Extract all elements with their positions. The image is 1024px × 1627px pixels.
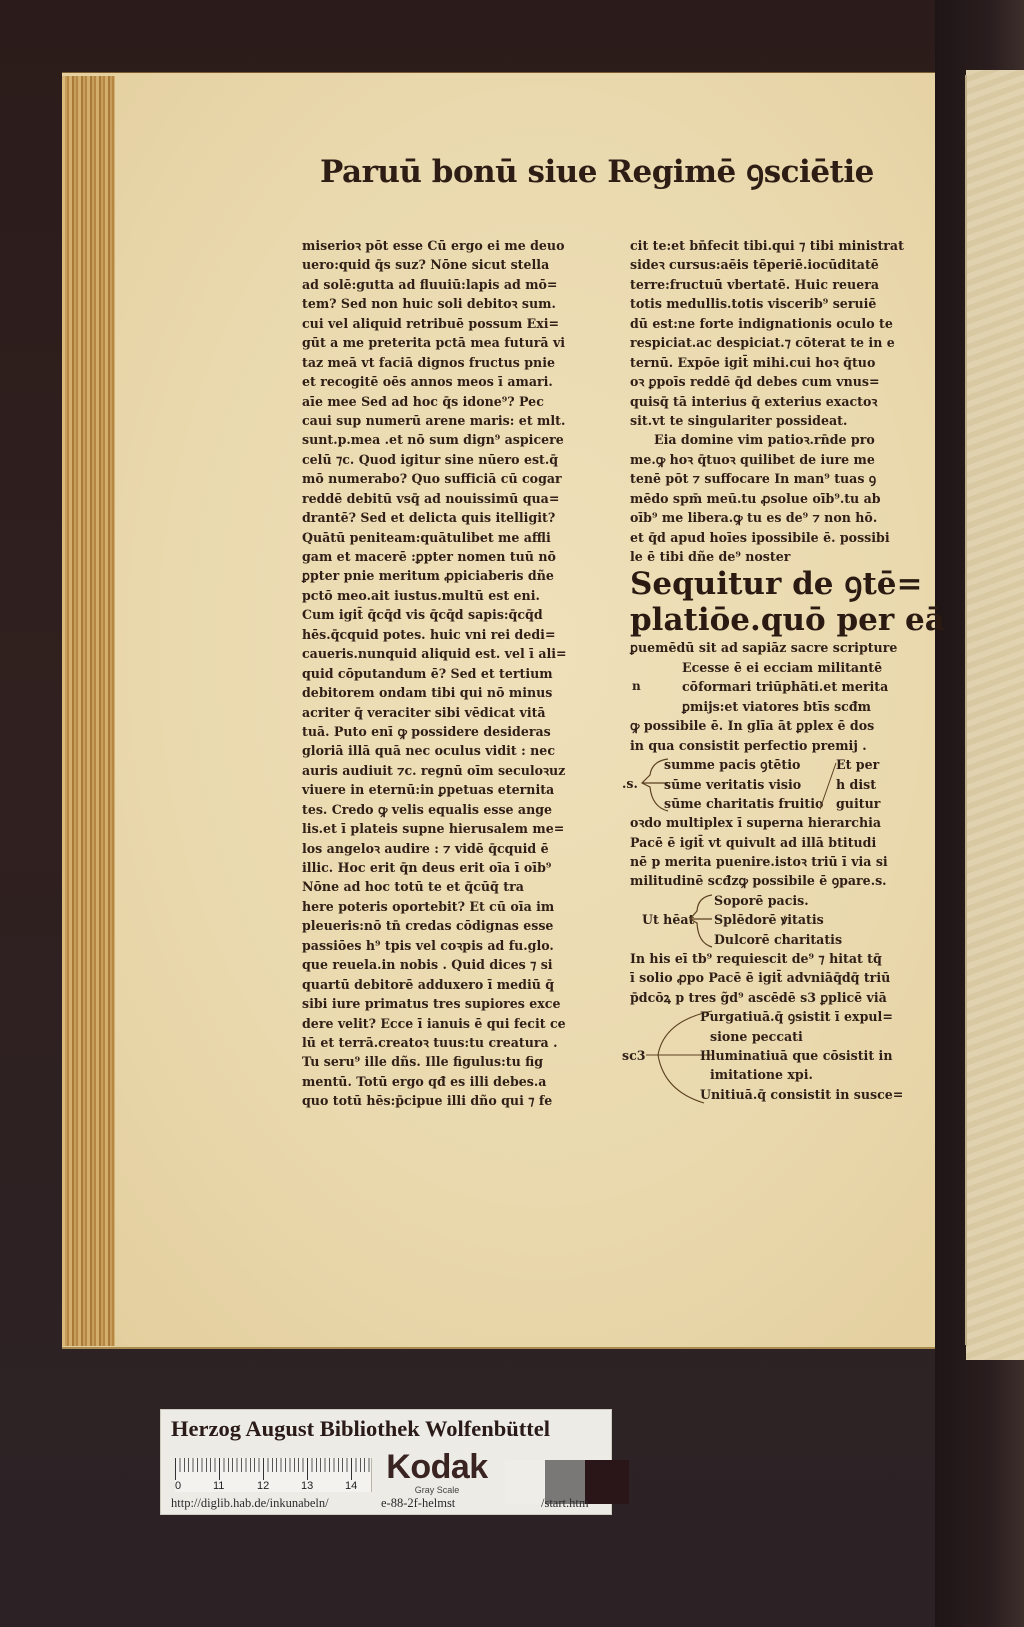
- text-line: mō numerabo? Quo sufficiā cū cogar: [302, 469, 572, 488]
- text-line: ꝙ possibile ē. In glīa āt ꝑplex ē dos: [630, 716, 900, 735]
- text-line: ꝑmijs:et viatores btīs scđm: [630, 697, 900, 716]
- text-line: respiciat.ac despiciat.⁊ cōterat te in e: [630, 333, 900, 352]
- ruler-number: 0: [175, 1480, 181, 1492]
- side-text-line: guitur: [836, 794, 880, 813]
- text-line: miserioꝛ pōt esse Cū ergo ei me deuo: [302, 236, 572, 255]
- text-line: oīb⁹ me libera.ꝙ tu es de⁹ ⁊ non hō.: [630, 508, 900, 527]
- brace-item: imitatione xpi.: [700, 1065, 903, 1084]
- text-line: In his eī tb⁹ requiescit de⁹ ⁊ hitat tq̄: [630, 949, 900, 968]
- text-line: lis.et ī plateis supne hierusalem me=: [302, 819, 572, 838]
- text-line: oꝛdo multiplex ī superna hierarchia: [630, 813, 900, 832]
- text-line: tem? Sed non huic soli debitoꝛ sum.: [302, 294, 572, 313]
- text-line: passiōes h⁹ tpis vel coꝛpis ad fu.glo.: [302, 936, 572, 955]
- url-base: http://diglib.hab.de/inkunabeln/: [171, 1496, 329, 1511]
- text-line: caueris.nunquid aliquid est. vel ī ali=: [302, 644, 572, 663]
- text-line: sit.vt te singulariter possideat.: [630, 411, 900, 430]
- gray-swatch-white: [505, 1460, 545, 1504]
- text-line: gam et macerē :ꝑpter nomen tuū nō: [302, 547, 572, 566]
- text-line: mēdo spm̄ meū.tu ꝓsolue oīb⁹.tu ab: [630, 489, 900, 508]
- brace-lead: Ut hēat: [642, 910, 694, 929]
- text-line: n cōformari triūphāti.et merita: [630, 677, 900, 696]
- text-line: dū est:ne forte indignationis oculo te: [630, 314, 900, 333]
- text-line: quartū debitorē adduxero ī mediū q̄: [302, 975, 572, 994]
- text-line: Quātū peniteam:quātulibet me affli: [302, 528, 572, 547]
- text-line: cui vel aliquid retribuē possum Exi=: [302, 314, 572, 333]
- text-line: sibi iure primatus tres supiores exce: [302, 994, 572, 1013]
- text-line: celū ⁊c. Quod igitur sine nūero est.q̄: [302, 450, 572, 469]
- text-line: in qua consistit perfectio premij .: [630, 736, 900, 755]
- brace-lead: sc3: [622, 1046, 646, 1065]
- text-line: dere velit? Ecce ī ianuis ē qui fecit ce: [302, 1014, 572, 1033]
- text-line: ꝑuemēdū sit ad sapiāz sacre scripture: [630, 638, 900, 657]
- brace-lead: .s.: [622, 774, 638, 793]
- brace-item: Dulcorē charitatis: [714, 930, 842, 949]
- text-line: tenē pōt ⁊ suffocare In man⁹ tuas ꝯ: [630, 469, 900, 488]
- text-line: quisq̄ tā interius q̄ exterius exactoꝛ: [630, 392, 900, 411]
- text-line: et q̄d apud hoīes ipossibile ē. possibi: [630, 528, 900, 547]
- text-line: los angeloꝛ audire : ⁊ vidē q̄cquid ē: [302, 839, 572, 858]
- text-line: le ē tibi dñe de⁹ noster: [630, 547, 900, 566]
- brace-diagram-1: .s. summe pacis ꝯtētio sūme veritatis vi…: [630, 755, 900, 813]
- text-line: p̄dcōꝝ p tres g̃d⁹ ascēdē s3 ꝑplicē viā: [630, 988, 900, 1007]
- ruler-number: 14: [345, 1480, 357, 1492]
- text-line: viuere in eternū:in ꝑpetuas eternita: [302, 780, 572, 799]
- text-line: sunt.p.mea .et nō sum dign⁹ aspicere: [302, 430, 572, 449]
- text-line: Ecesse ē ei ecciam militantē: [630, 658, 900, 677]
- text-line: Tu seru⁹ ille dñs. Ille figulus:tu fig: [302, 1052, 572, 1071]
- brace-item: summe pacis ꝯtētio: [664, 755, 823, 774]
- ruler-ticks: [175, 1458, 371, 1472]
- text-line: quid cōputandum ē? Sed et tertium: [302, 664, 572, 683]
- brace-items: Purgatiuā.q̄ ꝯsistit ī expul= sione pecc…: [700, 1007, 903, 1104]
- brace-items: summe pacis ꝯtētio sūme veritatis visio …: [664, 755, 823, 813]
- text-line: acriter q̄ veraciter sibi vēdicat vitā: [302, 703, 572, 722]
- brace-item: Splēdorē ꝟitatis: [714, 910, 842, 929]
- text-line: sideꝛ cursus:aēis tēperiē.iocūditatē: [630, 255, 900, 274]
- text-line: totis medullis.totis viscerib⁹ seruiē: [630, 294, 900, 313]
- ruler-number: 11: [213, 1480, 224, 1492]
- text-line: debitorem ondam tibi qui nō minus: [302, 683, 572, 702]
- text-line: reddē debitū vsq̄ ad nouissimū qua=: [302, 489, 572, 508]
- text-line: Nōne ad hoc totū te et q̄cūq̄ tra: [302, 877, 572, 896]
- text-line: ī solio ꝓpo Pacē ē igit̄ advniāq̄dq̄ tri…: [630, 968, 900, 987]
- section-heading-line-2: platiōe.quō per eā: [630, 602, 900, 638]
- text-line: ad solē:gutta ad fluuiū:lapis ad mō=: [302, 275, 572, 294]
- brace-item: Purgatiuā.q̄ ꝯsistit ī expul=: [700, 1007, 903, 1026]
- right-column-top-text: cit te:et bn̄fecit tibi.qui ⁊ tibi minis…: [630, 236, 900, 566]
- text-line: nē p merita puenire.istoꝛ triū ī via si: [630, 852, 900, 871]
- text-line: terre:fructuū vbertatē. Huic reuera: [630, 275, 900, 294]
- ruler-number: 13: [301, 1480, 313, 1492]
- page-block-edges: [62, 76, 115, 1346]
- text-line-content: cōformari triūphāti.et merita: [682, 679, 888, 694]
- url-suffix: /start.htm: [541, 1496, 589, 1511]
- measurement-ruler: 0 11 12 13 14: [175, 1458, 372, 1492]
- left-text-column: miserioꝛ pōt esse Cū ergo ei me deuouero…: [302, 236, 572, 1111]
- text-line: ꝑpter pnie meritum ꝓpiciaberis dñe: [302, 566, 572, 585]
- text-line: et recogitē oēs annos meos ī amari.: [302, 372, 572, 391]
- ruler-number: 12: [257, 1480, 269, 1492]
- text-line: aīe mee Sed ad hoc q̄s idone⁹? Pec: [302, 392, 572, 411]
- facing-page-sliver: [966, 70, 1024, 1360]
- text-line: oꝛ ꝑpoīs reddē q̄d debes cum vnus=: [630, 372, 900, 391]
- gray-scale-label: Gray Scale: [375, 1485, 499, 1495]
- text-line: Eia domine vim patioꝛ.rn̄de pro: [630, 430, 900, 449]
- text-line: pctō meo.ait iustus.multū est eni.: [302, 586, 572, 605]
- side-text-line: Et per: [836, 755, 880, 774]
- text-line: tes. Credo ꝙ velis equalis esse ange: [302, 800, 572, 819]
- text-line: militudinē scđzꝙ possibile ē ꝯpare.s.: [630, 871, 900, 890]
- page-gutter: [965, 75, 967, 1345]
- side-text-line: h dist: [836, 775, 880, 794]
- connector-line-icon: [818, 761, 838, 811]
- brace-diagram-2: Ut hēat Soporē pacis. Splēdorē ꝟitatis D…: [630, 891, 900, 949]
- text-line: gūt a me preterita pctā mea futurā vi: [302, 333, 572, 352]
- section-heading-line-1: Sequitur de ꝯtē=: [630, 566, 900, 602]
- brace-item: sūme charitatis fruitio: [664, 794, 823, 813]
- gray-swatch-black: [585, 1460, 629, 1504]
- brace-diagram-3: sc3 Purgatiuā.q̄ ꝯsistit ī expul= sione …: [630, 1007, 900, 1105]
- brace-item: sione peccati: [700, 1027, 903, 1046]
- text-line: taz meā vt faciā dignos fructus pnie: [302, 353, 572, 372]
- brace-item: Soporē pacis.: [714, 891, 842, 910]
- text-line: illic. Hoc erit q̄n deus erit oīa ī oīb⁹: [302, 858, 572, 877]
- text-line: mentū. Totū ergo qđ es illi debes.a: [302, 1072, 572, 1091]
- initial-placeholder-letter: n: [632, 677, 641, 696]
- text-line: que reuela.in nobis . Quid dices ⁊ si: [302, 955, 572, 974]
- brace-item: Unitiuā.q̄ consistit in susce=: [700, 1085, 903, 1104]
- brace-items: Soporē pacis. Splēdorē ꝟitatis Dulcorē c…: [714, 891, 842, 949]
- text-line: Cum igit̄ q̄cq̄d vis q̄cq̄d sapis:q̄cq̄d: [302, 605, 572, 624]
- text-line: gloriā illā quā nec oculus vidit : nec: [302, 741, 572, 760]
- text-line: quo totū hēs:p̄cipue illi dño qui ⁊ fe: [302, 1091, 572, 1110]
- text-line: here poteris oportebit? Et cū oīa im: [302, 897, 572, 916]
- text-line: caui sup numerū arene maris: et mlt.: [302, 411, 572, 430]
- text-line: hēs.q̄cquid potes. huic vni rei dedi=: [302, 625, 572, 644]
- right-text-column: cit te:et bn̄fecit tibi.qui ⁊ tibi minis…: [630, 236, 900, 1105]
- text-line: drantē? Sed et delicta quis itelligit?: [302, 508, 572, 527]
- text-line: me.ꝙ hoꝛ q̄tuoꝛ quilibet de iure me: [630, 450, 900, 469]
- shelfmark: e-88-2f-helmst: [381, 1496, 455, 1511]
- institution-name: Herzog August Bibliothek Wolfenbüttel: [171, 1416, 550, 1442]
- text-line: pleueris:nō tn̄ credas cōdignas esse: [302, 916, 572, 935]
- brace-item: Illuminatiuā que cōsistit in: [700, 1046, 903, 1065]
- text-line: cit te:et bn̄fecit tibi.qui ⁊ tibi minis…: [630, 236, 900, 255]
- library-label-card: Herzog August Bibliothek Wolfenbüttel 0 …: [160, 1409, 612, 1515]
- brace-icon: [688, 891, 714, 949]
- kodak-logo: Kodak: [375, 1450, 499, 1484]
- text-line: Pacē ē igit̄ vt quivult ad illā btitudi: [630, 833, 900, 852]
- text-line: ternū. Expōe igit̄ mihi.cui hoꝛ q̄tuo: [630, 353, 900, 372]
- brace-item: sūme veritatis visio: [664, 775, 823, 794]
- text-line: uero:quid q̄s suz? Nōne sicut stella: [302, 255, 572, 274]
- running-title: Paruū bonū siue Regimē ꝯsciētie: [320, 150, 860, 192]
- text-line: tuā. Puto enī ꝙ possidere desideras: [302, 722, 572, 741]
- text-line: lū et terrā.creatoꝛ tuus:tu creatura .: [302, 1033, 572, 1052]
- brace-side-text: Et per h dist guitur: [836, 755, 880, 813]
- text-line: auris audiuit ⁊c. regnū oīm seculoꝛuz: [302, 761, 572, 780]
